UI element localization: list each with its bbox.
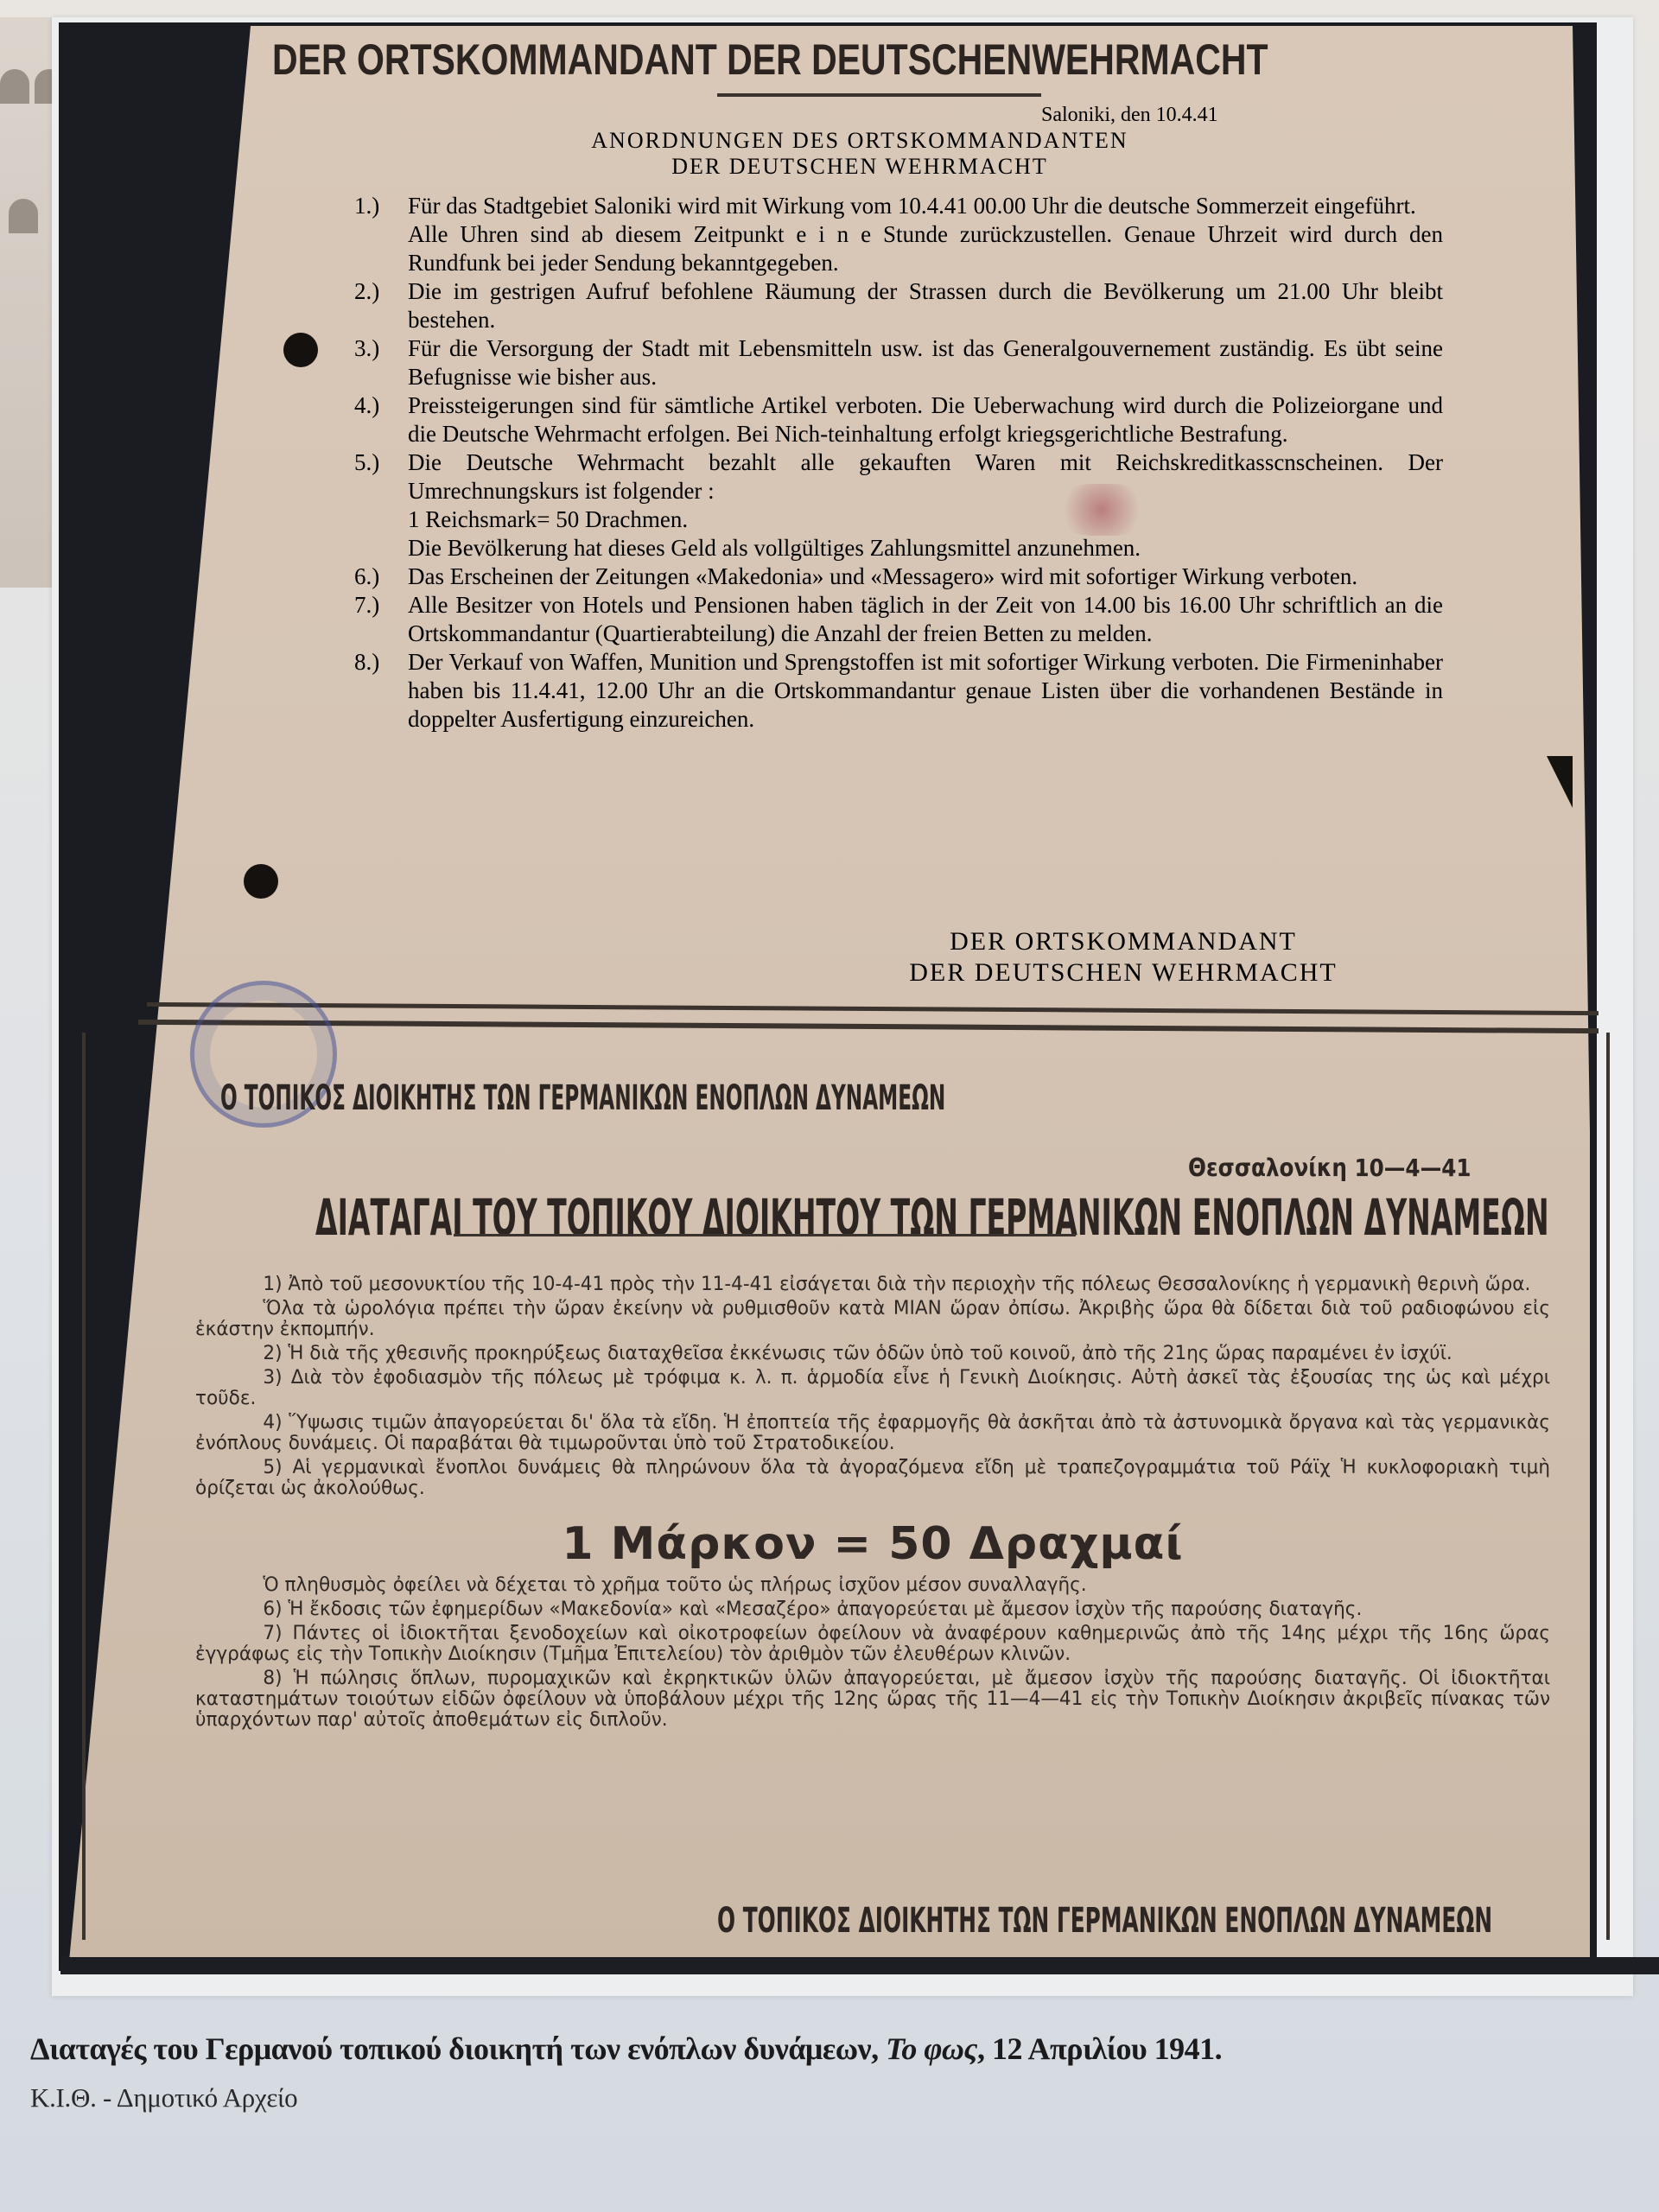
order-number: 3.) (354, 334, 379, 363)
greek-order-text: 7) Πάντες οἱ ἰδιοκτῆται ξενοδοχείων καὶ … (195, 1624, 1550, 1665)
greek-title: ΔΙΑΤΑΓΑΙ ΤΟΥ ΤΟΠΙΚΟΥ ΔΙΟΙΚΗΤΟΥ ΤΩΝ ΓΕΡΜΑ… (315, 1188, 1549, 1247)
german-heading: ANORDNUNGEN DES ORTSKOMMANDANTEN DER DEU… (484, 128, 1236, 180)
german-signature: DER ORTSKOMMANDANT DER DEUTSCHEN WEHRMAC… (829, 926, 1417, 988)
caption-text: Διαταγές του Γερμανού τοπικού διοικητή τ… (30, 2031, 886, 2066)
punch-hole (244, 864, 278, 899)
greek-order-text: Ὁ πληθυσμὸς ὀφείλει νὰ δέχεται τὸ χρῆμα … (195, 1575, 1550, 1596)
greek-order-text: 2) Ἡ διὰ τῆς χθεσινῆς προκηρύξεως διαταχ… (195, 1344, 1550, 1364)
order-number: 4.) (354, 391, 379, 420)
german-order-item: 3.) Für die Versorgung der Stadt mit Leb… (354, 334, 1443, 391)
order-number: 7.) (354, 591, 379, 620)
paper-tear (1547, 756, 1573, 808)
caption-source: Το φως (886, 2031, 977, 2066)
greek-exchange-rate: 1 Μάρκον = 50 Δραχμαί (181, 1534, 1564, 1554)
greek-signature: Ο ΤΟΠΙΚΟΣ ΔΙΟΙΚΗΤΗΣ ΤΩΝ ΓΕΡΜΑΝΙΚΩΝ ΕΝΟΠΛ… (717, 1901, 1492, 1941)
arch-decoration (9, 199, 38, 233)
order-text: Die Deutsche Wehrmacht bezahlt alle geka… (408, 448, 1443, 505)
order-text: Alle Besitzer von Hotels und Pensionen h… (408, 591, 1443, 648)
german-order-item: 8.) Der Verkauf von Waffen, Munition und… (354, 648, 1443, 734)
german-order-item: 2.) Die im gestrigen Aufruf befohlene Rä… (354, 277, 1443, 334)
german-heading-line1: ANORDNUNGEN DES ORTSKOMMANDANTEN (484, 128, 1236, 154)
order-number: 2.) (354, 277, 379, 306)
order-text: Preissteigerungen sind für sämtliche Art… (408, 391, 1443, 448)
signature-line: DER DEUTSCHEN WEHRMACHT (829, 957, 1417, 988)
greek-order-text: 4) Ὕψωσις τιμῶν ἀπαγορεύεται δι' ὅλα τὰ … (195, 1413, 1550, 1454)
order-number: 8.) (354, 648, 379, 677)
german-order-item: 6.) Das Erscheinen der Zeitungen «Makedo… (354, 563, 1443, 591)
greek-title-underline (454, 1234, 1076, 1236)
german-orders-list: 1.) Für das Stadtgebiet Saloniki wird mi… (354, 192, 1443, 734)
order-text: Für das Stadtgebiet Saloniki wird mit Wi… (408, 192, 1443, 220)
german-title: DER ORTSKOMMANDANT DER DEUTSCHENWEHRMACH… (272, 35, 1268, 85)
greek-order-text: 8) Ἡ πώλησις ὅπλων, πυρομαχικῶν καὶ ἐκρη… (195, 1669, 1550, 1731)
german-date: Saloniki, den 10.4.41 (1041, 104, 1218, 127)
order-number: 1.) (354, 192, 379, 220)
title-underline (717, 93, 1041, 97)
german-order-item: 5.) Die Deutsche Wehrmacht bezahlt alle … (354, 448, 1443, 563)
greek-order-text: 1) Ἀπὸ τοῦ μεσονυκτίου τῆς 10-4-41 πρὸς … (195, 1274, 1550, 1295)
caption-date: , 12 Απριλίου 1941. (977, 2031, 1222, 2066)
greek-date: Θεσσαλονίκη 10—4—41 (1188, 1154, 1471, 1182)
frame-bottom-edge (60, 1957, 1659, 1974)
order-text: Das Erscheinen der Zeitungen «Makedonia»… (408, 563, 1443, 591)
signature-line: DER ORTSKOMMANDANT (829, 926, 1417, 957)
order-number: 6.) (354, 563, 379, 591)
german-order-item: 1.) Für das Stadtgebiet Saloniki wird mi… (354, 192, 1443, 277)
greek-order-text: 3) Διὰ τὸν ἐφοδιασμὸν τῆς πόλεως μὲ τρόφ… (195, 1368, 1550, 1409)
order-text: Alle Uhren sind ab diesem Zeitpunkt e i … (408, 220, 1443, 277)
order-text: Für die Versorgung der Stadt mit Lebensm… (408, 334, 1443, 391)
german-heading-line2: DER DEUTSCHEN WEHRMACHT (484, 154, 1236, 180)
order-text: Der Verkauf von Waffen, Munition und Spr… (408, 648, 1443, 734)
arch-decoration (0, 69, 29, 104)
greek-order-text: Ὅλα τὰ ὡρολόγια πρέπει τὴν ὥραν ἐκείνην … (195, 1299, 1550, 1340)
order-text: Die im gestrigen Aufruf befohlene Räumun… (408, 277, 1443, 334)
german-order-item: 4.) Preissteigerungen sind für sämtliche… (354, 391, 1443, 448)
exhibit-credit: Κ.Ι.Θ. - Δημοτικό Αρχείο (30, 2082, 297, 2113)
german-exchange-note: Die Bevölkerung hat dieses Geld als voll… (408, 534, 1443, 563)
german-order-item: 7.) Alle Besitzer von Hotels und Pension… (354, 591, 1443, 648)
german-exchange-rate: 1 Reichsmark= 50 Drachmen. (408, 505, 1443, 534)
greek-orders-list: 1) Ἀπὸ τοῦ μεσονυκτίου τῆς 10-4-41 πρὸς … (181, 1274, 1564, 1734)
punch-hole (283, 333, 318, 367)
exhibit-caption: Διαταγές του Γερμανού τοπικού διοικητή τ… (30, 2031, 1222, 2067)
greek-order-text: 5) Αἱ γερμανικαὶ ἔνοπλοι δυνάμεις θὰ πλη… (195, 1458, 1550, 1499)
order-number: 5.) (354, 448, 379, 477)
greek-order-text: 6) Ἡ ἔκδοσις τῶν ἐφημερίδων «Μακεδονία» … (195, 1599, 1550, 1620)
greek-top-heading: Ο ΤΟΠΙΚΟΣ ΔΙΟΙΚΗΤΗΣ ΤΩΝ ΓΕΡΜΑΝΙΚΩΝ ΕΝΟΠΛ… (220, 1078, 945, 1118)
